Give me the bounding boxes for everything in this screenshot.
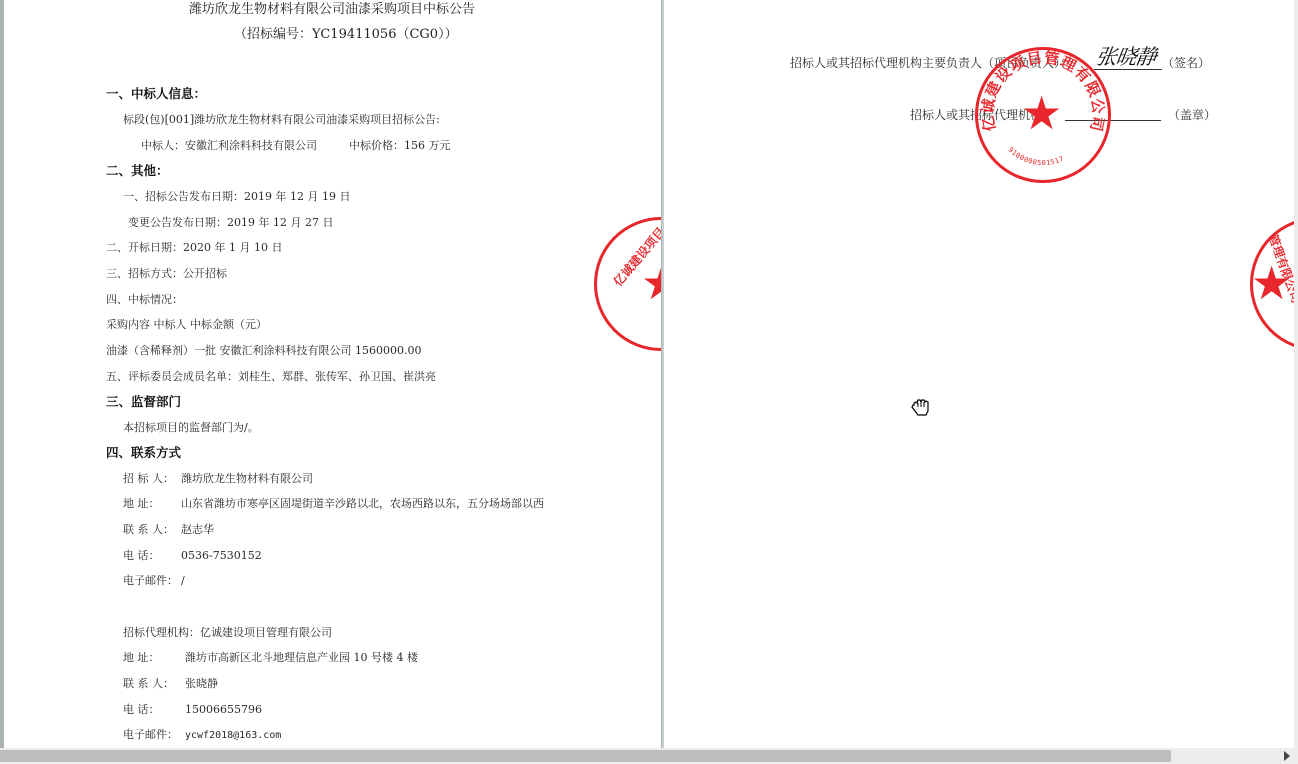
horizontal-scroll-thumb[interactable]	[0, 750, 1171, 762]
section3-heading: 三、监督部门	[106, 395, 181, 409]
tenderer-contact: 联 系 人：赵志华	[123, 523, 214, 537]
seal-star-icon: ★	[1021, 90, 1062, 136]
opening-date: 二、开标日期：2020 年 1 月 10 日	[106, 241, 282, 255]
agency-name: 招标代理机构：亿诚建设项目管理有限公司	[123, 626, 332, 640]
arrow-right-icon[interactable]	[1284, 751, 1290, 761]
agency-contact: 联 系 人：张晓静	[123, 677, 218, 691]
tenderer-email: 电子邮件：/	[123, 574, 185, 588]
agency-email: 电子邮件：ycwf2018@163.com	[123, 728, 281, 743]
winner: 中标人：安徽汇利涂料科技有限公司	[141, 139, 317, 152]
section1-heading: 一、中标人信息：	[106, 87, 206, 101]
seal-suffix: （盖章）	[1168, 108, 1216, 122]
section2-heading: 二、其他：	[106, 164, 169, 178]
supervision-text: 本招标项目的监督部门为/。	[123, 421, 259, 435]
vertical-scrollbar[interactable]	[1294, 0, 1298, 748]
seal-star-icon: ★	[641, 260, 661, 306]
change-date: 变更公告发布日期：2019 年 12 月 27 日	[128, 216, 333, 230]
winner-line: 中标人：安徽汇利涂料科技有限公司中标价格：156 万元	[141, 139, 451, 153]
section4-heading: 四、联系方式	[106, 446, 181, 460]
tenderer-name: 招 标 人：潍坊欣龙生物材料有限公司	[123, 472, 313, 486]
winning-price: 中标价格：156 万元	[349, 139, 451, 152]
sign-suffix: （签名）	[1162, 56, 1210, 70]
agency-address: 地 址：潍坊市高新区北斗地理信息产业园 10 号楼 4 楼	[123, 651, 418, 665]
horizontal-scrollbar[interactable]	[0, 748, 1298, 764]
committee-members: 五、评标委员会成员名单：刘桂生、郑群、张传军、孙卫国、崔洪亮	[106, 370, 436, 384]
tender-method: 三、招标方式：公开招标	[106, 267, 227, 281]
award-table-header: 采购内容 中标人 中标金额（元）	[106, 318, 267, 332]
document-title: 潍坊欣龙生物材料有限公司油漆采购项目中标公告	[189, 2, 475, 18]
company-seal-partial-right: ★ 管理有限公司	[1250, 217, 1294, 351]
announce-date: 一、招标公告发布日期：2019 年 12 月 19 日	[123, 190, 350, 204]
tenderer-phone: 电 话：0536-7530152	[123, 549, 262, 563]
document-viewer[interactable]: 潍坊欣龙生物材料有限公司油漆采购项目中标公告 （招标编号：YC19411056（…	[0, 0, 1298, 764]
lot-line: 标段(包)[001]潍坊欣龙生物材料有限公司油漆采购项目招标公告:	[123, 113, 440, 127]
award-table-row: 油漆（含稀释剂）一批 安徽汇利涂料科技有限公司 1560000.00	[106, 344, 421, 358]
page-right: 招标人或其招标代理机构主要负责人（项目负责人）： 张晓静 （签名） 招标人或其招…	[664, 0, 1294, 748]
tenderer-address: 地 址：山东省潍坊市寒亭区固堤街道辛沙路以北，农场西路以东，五分场场部以西	[123, 497, 544, 511]
bid-number: （招标编号：YC19411056（CG0））	[234, 27, 458, 43]
svg-text:9100000501517: 9100000501517	[1007, 146, 1066, 168]
award-heading: 四、中标情况：	[106, 293, 183, 307]
company-seal-partial-left: ★ 亿诚建设项目	[594, 217, 661, 351]
hand-grab-icon	[908, 395, 934, 421]
page-left: 潍坊欣龙生物材料有限公司油漆采购项目中标公告 （招标编号：YC19411056（…	[4, 0, 661, 748]
company-seal: 亿诚建设项目管理有限公司 9100000501517 ★	[975, 47, 1111, 183]
agency-phone: 电 话：15006655796	[123, 703, 262, 717]
